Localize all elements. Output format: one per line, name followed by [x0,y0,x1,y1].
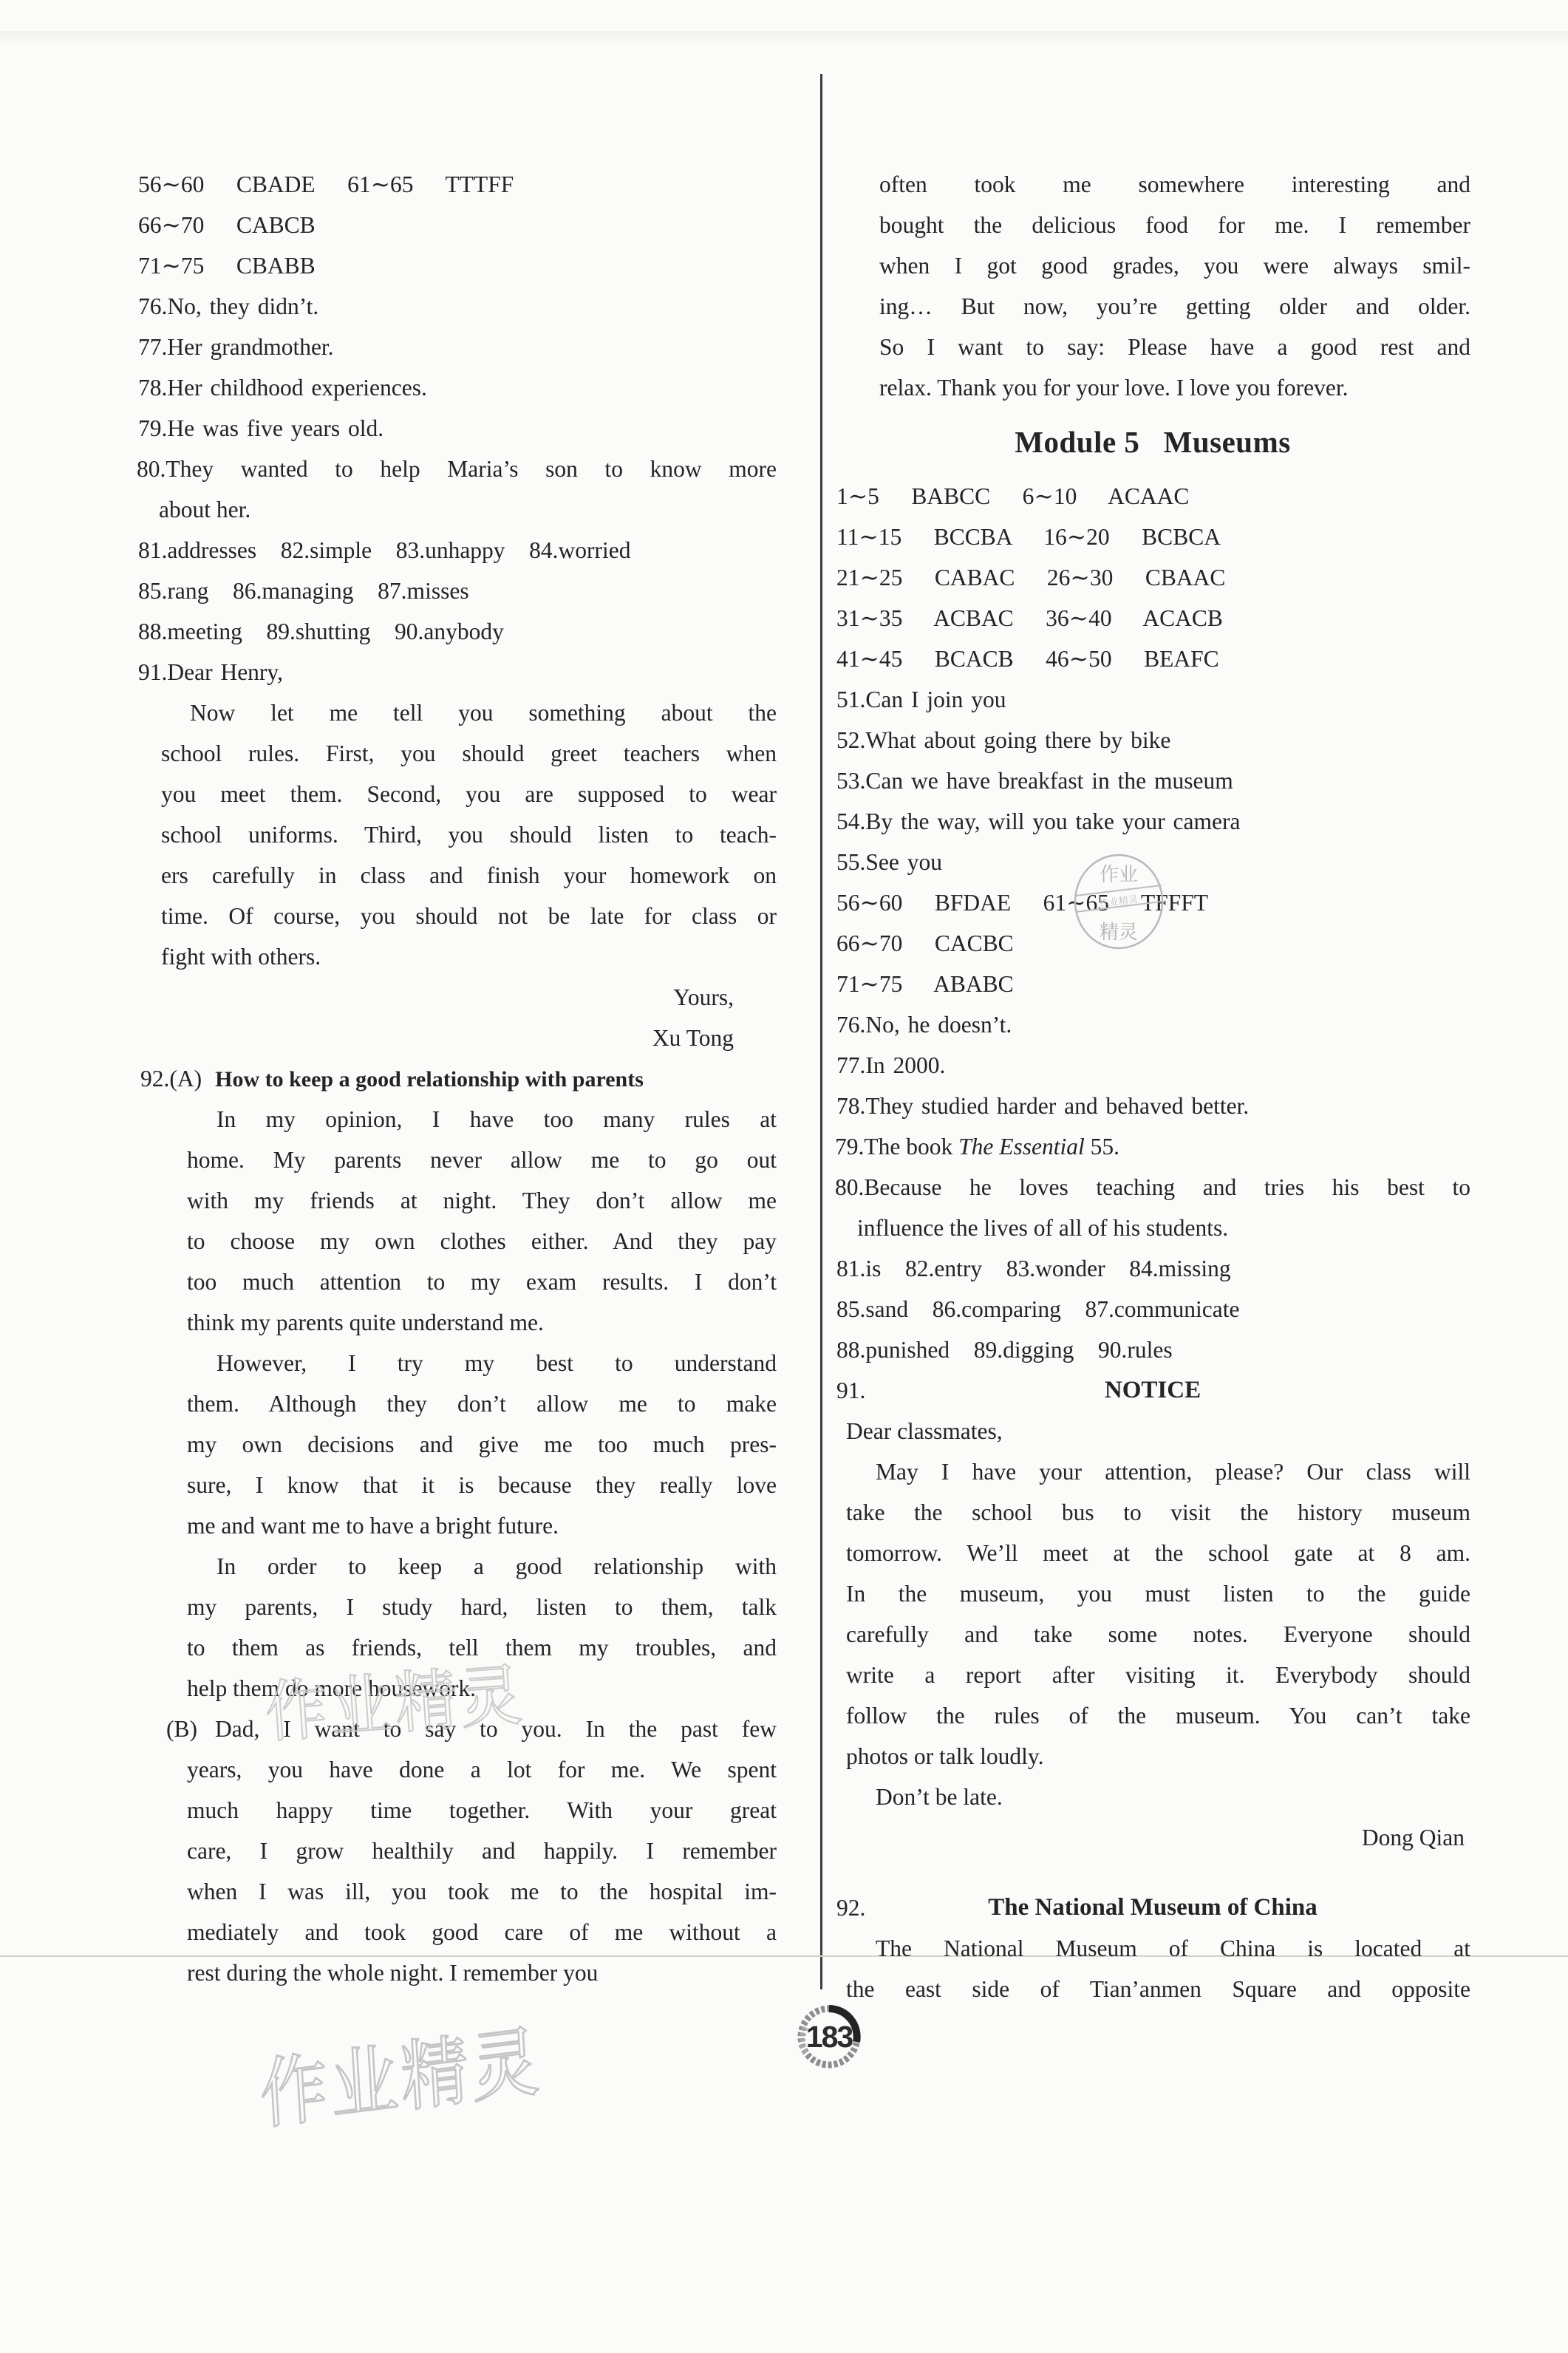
text-line: 52.What about going there by bike [836,720,1470,760]
signature: Dong Qian [835,1817,1465,1858]
brand-watermark: 作业精灵 [256,2000,545,2145]
text-line: 81.addresses 82.simple 83.unhappy 84.wor… [138,530,777,571]
module-heading: Module 5 Museums [835,408,1470,476]
text-line: the east side of Tian’anmen Square and o… [846,1969,1470,2009]
text-line: 76.No, he doesn’t. [836,1004,1470,1045]
text-line: 77.In 2000. [836,1045,1470,1086]
text-line: about her. [159,489,777,530]
text-line: ing… But now, you’re getting older and o… [879,286,1470,327]
text-line: However, I try my best to understand [187,1343,777,1383]
text-line: Dear classmates, [846,1411,1470,1451]
text-line: 51.Can I join you [836,679,1470,720]
text-line: carefully and take some notes. Everyone … [846,1614,1470,1655]
text-line: 53.Can we have breakfast in the museum [836,760,1470,801]
text-line: follow the rules of the museum. You can’… [846,1695,1470,1736]
text-line: 21∼25 CABAC 26∼30 CBAAC [836,557,1470,598]
text-line: when I was ill, you took me to the hospi… [187,1871,777,1912]
text-line: write a report after visiting it. Everyb… [846,1655,1470,1695]
text-line: The National Museum of China is located … [846,1928,1470,1969]
text-line: care, I grow healthily and happily. I re… [187,1831,777,1871]
text-line: 85.rang 86.managing 87.misses [138,571,777,611]
answer-text: 55. [1085,1134,1119,1160]
text-line: take the school bus to visit the history… [846,1492,1470,1533]
text-line: 11∼15 BCCBA 16∼20 BCBCA [836,517,1470,557]
text-line: In my opinion, I have too many rules at [187,1099,777,1140]
stamp-bottom-text: 精灵 [1100,922,1138,944]
page-number: 183 [795,2003,863,2071]
text-line: 80.They wanted to help Maria’s son to kn… [137,449,777,489]
text-line: home. My parents never allow me to go ou… [187,1140,777,1180]
right-column: often took me somewhere interesting andb… [835,164,1470,2009]
text-line: when I got good grades, you were always … [879,245,1470,286]
text-line: my own decisions and give me too much pr… [187,1424,777,1465]
text-line: In the museum, you must listen to the gu… [846,1573,1470,1614]
brand-stamp: 作业 精灵 作业精灵 [1071,851,1166,952]
page-number-badge: 183 [795,2003,863,2071]
text-line: 77.Her grandmother. [138,327,777,367]
column-divider-line [820,74,822,1989]
text-line: Yours, [137,977,734,1018]
text-line: influence the lives of all of his studen… [857,1208,1470,1248]
stamp-top-text: 作业 [1100,864,1138,886]
text-line: 54.By the way, will you take your camera [836,801,1470,842]
text-line: 91.Dear Henry, [138,652,777,692]
text-line: my parents, I study hard, listen to them… [187,1587,777,1627]
text-line: mediately and took good care of me witho… [187,1912,777,1952]
text-line: 78.They studied harder and behaved bette… [836,1086,1470,1126]
text-line: 66∼70 CABCB [138,205,777,245]
text-line: May I have your attention, please? Our c… [846,1451,1470,1492]
text-line: too much attention to my exam results. I… [187,1261,777,1302]
text-line: 71∼75 CBABB [138,245,777,286]
item-label: (B) [166,1709,215,1749]
text-line: 79.He was five years old. [138,408,777,449]
text-line: In order to keep a good relationship wit… [187,1546,777,1587]
text-line: much happy time together. With your grea… [187,1790,777,1831]
text-line: 88.punished 89.digging 90.rules [836,1329,1470,1370]
text-line: me and want me to have a bright future. [187,1505,777,1546]
text-line: 76.No, they didn’t. [138,286,777,327]
text-line: sure, I know that it is because they rea… [187,1465,777,1505]
notice-title: NOTICE [835,1370,1470,1411]
text-line: often took me somewhere interesting and [879,164,1470,205]
answer-sheet-page: 56∼60 CBADE 61∼65 TTTFF66∼70 CABCB71∼75 … [0,0,1568,2353]
item-number: 92.(A) [140,1066,202,1092]
text-line: 56∼60 CBADE 61∼65 TTTFF [138,164,777,205]
text-line: rest during the whole night. I remember … [187,1952,777,1993]
text-line: 92.The National Museum of China [835,1887,1470,1928]
text-line: to choose my own clothes either. And the… [187,1221,777,1261]
text-line: fight with others. [161,936,777,977]
text-line: 81.is 82.entry 83.wonder 84.missing [836,1248,1470,1289]
essay-title: The National Museum of China [835,1887,1470,1928]
text-line: 92.(A)How to keep a good relationship wi… [140,1058,777,1099]
text-line: 79.The book The Essential 55. [835,1126,1470,1167]
text-line: 71∼75 ABABC [836,964,1470,1004]
text-line: bought the delicious food for me. I reme… [879,205,1470,245]
item-number: 92. [836,1887,865,1928]
text-line: 78.Her childhood experiences. [138,367,777,408]
text-line: think my parents quite understand me. [187,1302,777,1343]
text-line: 80.Because he loves teaching and tries h… [835,1167,1470,1208]
book-title: The Essential [958,1134,1085,1160]
text-line: tomorrow. We’ll meet at the school gate … [846,1533,1470,1573]
text-line: 1∼5 BABCC 6∼10 ACAAC [836,476,1470,517]
item-number: 91. [836,1370,865,1411]
text-line: So I want to say: Please have a good res… [879,327,1470,367]
text-line: Xu Tong [137,1018,734,1058]
stamp-band-text: 作业精灵 [1099,893,1139,910]
text-line: 88.meeting 89.shutting 90.anybody [138,611,777,652]
essay-title: How to keep a good relationship with par… [215,1067,644,1092]
text-line: relax. Thank you for your love. I love y… [879,367,1470,408]
text-line: Don’t be late. [876,1777,1470,1817]
text-line: 41∼45 BCACB 46∼50 BEAFC [836,639,1470,679]
brand-watermark: 作业精灵 [262,1641,528,1756]
text-line: 91.NOTICE [835,1370,1470,1411]
text-line: 31∼35 ACBAC 36∼40 ACACB [836,598,1470,639]
text-line: you meet them. Second, you are supposed … [161,774,777,814]
text-line: ers carefully in class and finish your h… [161,855,777,896]
text-line: photos or talk loudly. [846,1736,1470,1777]
text-line: with my friends at night. They don’t all… [187,1180,777,1221]
text-line: 85.sand 86.comparing 87.communicate [836,1289,1470,1329]
answer-text: 79.The book [835,1134,958,1160]
scan-edge-shadow [0,31,1568,43]
text-line: school rules. First, you should greet te… [161,733,777,774]
text-line: them. Although they don’t allow me to ma… [187,1383,777,1424]
text-line: time. Of course, you should not be late … [161,896,777,936]
text-line: school uniforms. Third, you should liste… [161,814,777,855]
text-line: Now let me tell you something about the [161,692,777,733]
